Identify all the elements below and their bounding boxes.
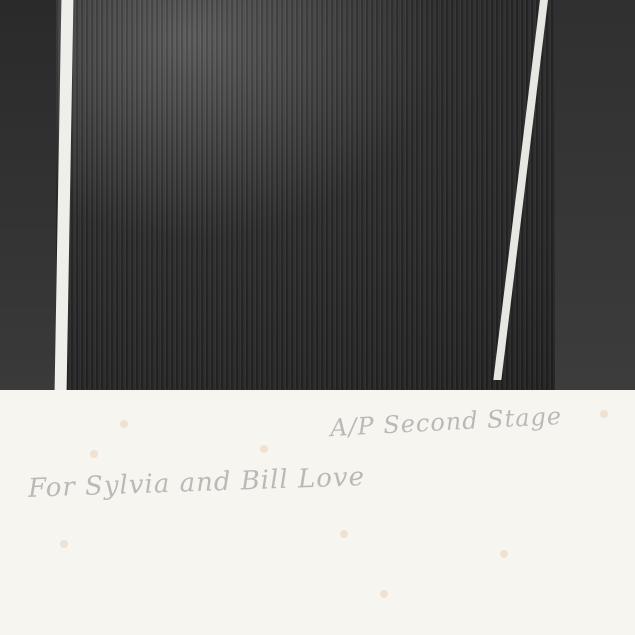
foxing-spot — [340, 530, 348, 538]
foxing-spot — [90, 450, 98, 458]
foxing-spot — [600, 410, 608, 418]
foxing-spot — [500, 550, 508, 558]
right-dark-panel — [555, 0, 635, 390]
lithograph-photo: A/P Second Stage For Sylvia and Bill Lov… — [0, 0, 635, 635]
foxing-spot — [60, 540, 68, 548]
foxing-spot — [380, 590, 388, 598]
foxing-spot — [260, 445, 268, 453]
left-dark-panel — [0, 0, 56, 390]
foxing-spot — [120, 420, 128, 428]
